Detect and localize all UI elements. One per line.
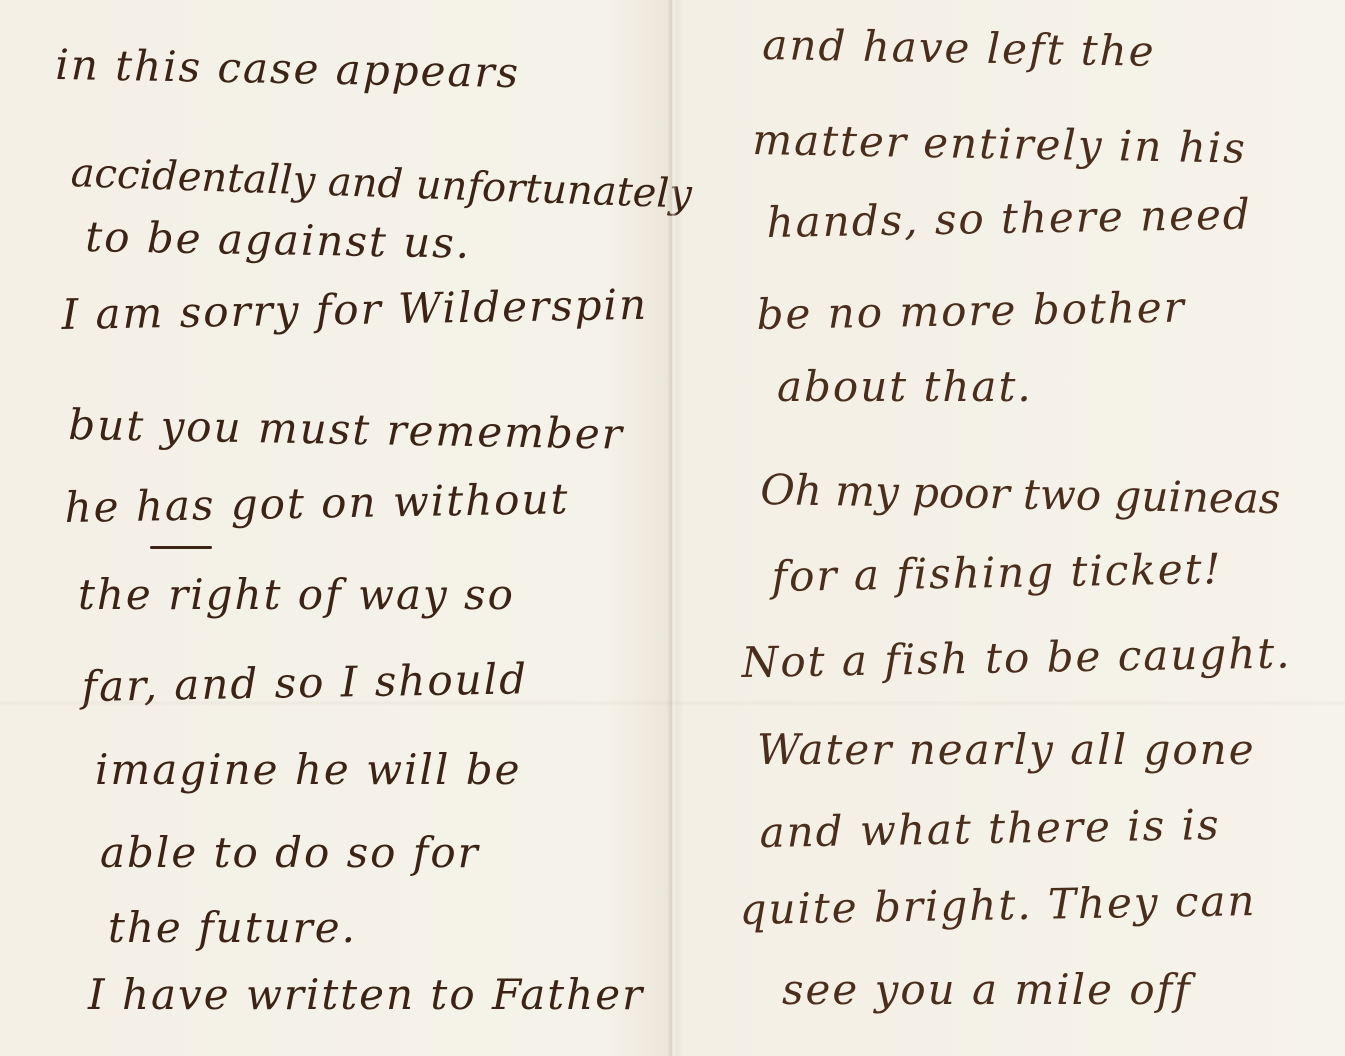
right-page: and have left the matter entirely in his… <box>672 0 1345 1056</box>
right-line-10: and what there is is <box>759 800 1221 857</box>
left-line-11: the future. <box>108 903 357 952</box>
right-line-2: matter entirely in his <box>752 115 1247 173</box>
right-line-11: quite bright. They can <box>739 876 1257 934</box>
right-line-12: see you a mile off <box>782 965 1192 1014</box>
left-line-3: to be against us. <box>85 212 472 268</box>
left-line-2: accidentally and unfortunately <box>70 150 693 218</box>
right-line-6: Oh my poor two guineas <box>760 465 1281 523</box>
letter-spread: in this case appears accidentally and un… <box>0 0 1345 1056</box>
right-line-1: and have left the <box>762 20 1156 76</box>
left-line-1: in this case appears <box>55 40 521 97</box>
left-line-5: but you must remember <box>68 400 624 459</box>
right-line-5: about that. <box>777 362 1033 411</box>
left-page: in this case appears accidentally and un… <box>0 0 672 1056</box>
left-line-9: imagine he will be <box>95 745 521 794</box>
left-line-7: the right of way so <box>78 570 515 619</box>
left-line-12: I have written to Father <box>88 970 644 1019</box>
right-line-9: Water nearly all gone <box>757 725 1256 774</box>
right-line-8: Not a fish to be caught. <box>741 628 1292 687</box>
right-line-4: be no more bother <box>756 283 1186 339</box>
left-line-4: I am sorry for Wilderspin <box>61 280 648 339</box>
underline-has <box>150 546 212 549</box>
right-line-3: hands, so there need <box>766 190 1252 247</box>
left-line-10: able to do so for <box>100 828 480 877</box>
right-line-7: for a fishing ticket! <box>771 544 1223 601</box>
left-line-6: he has got on without <box>64 474 570 532</box>
